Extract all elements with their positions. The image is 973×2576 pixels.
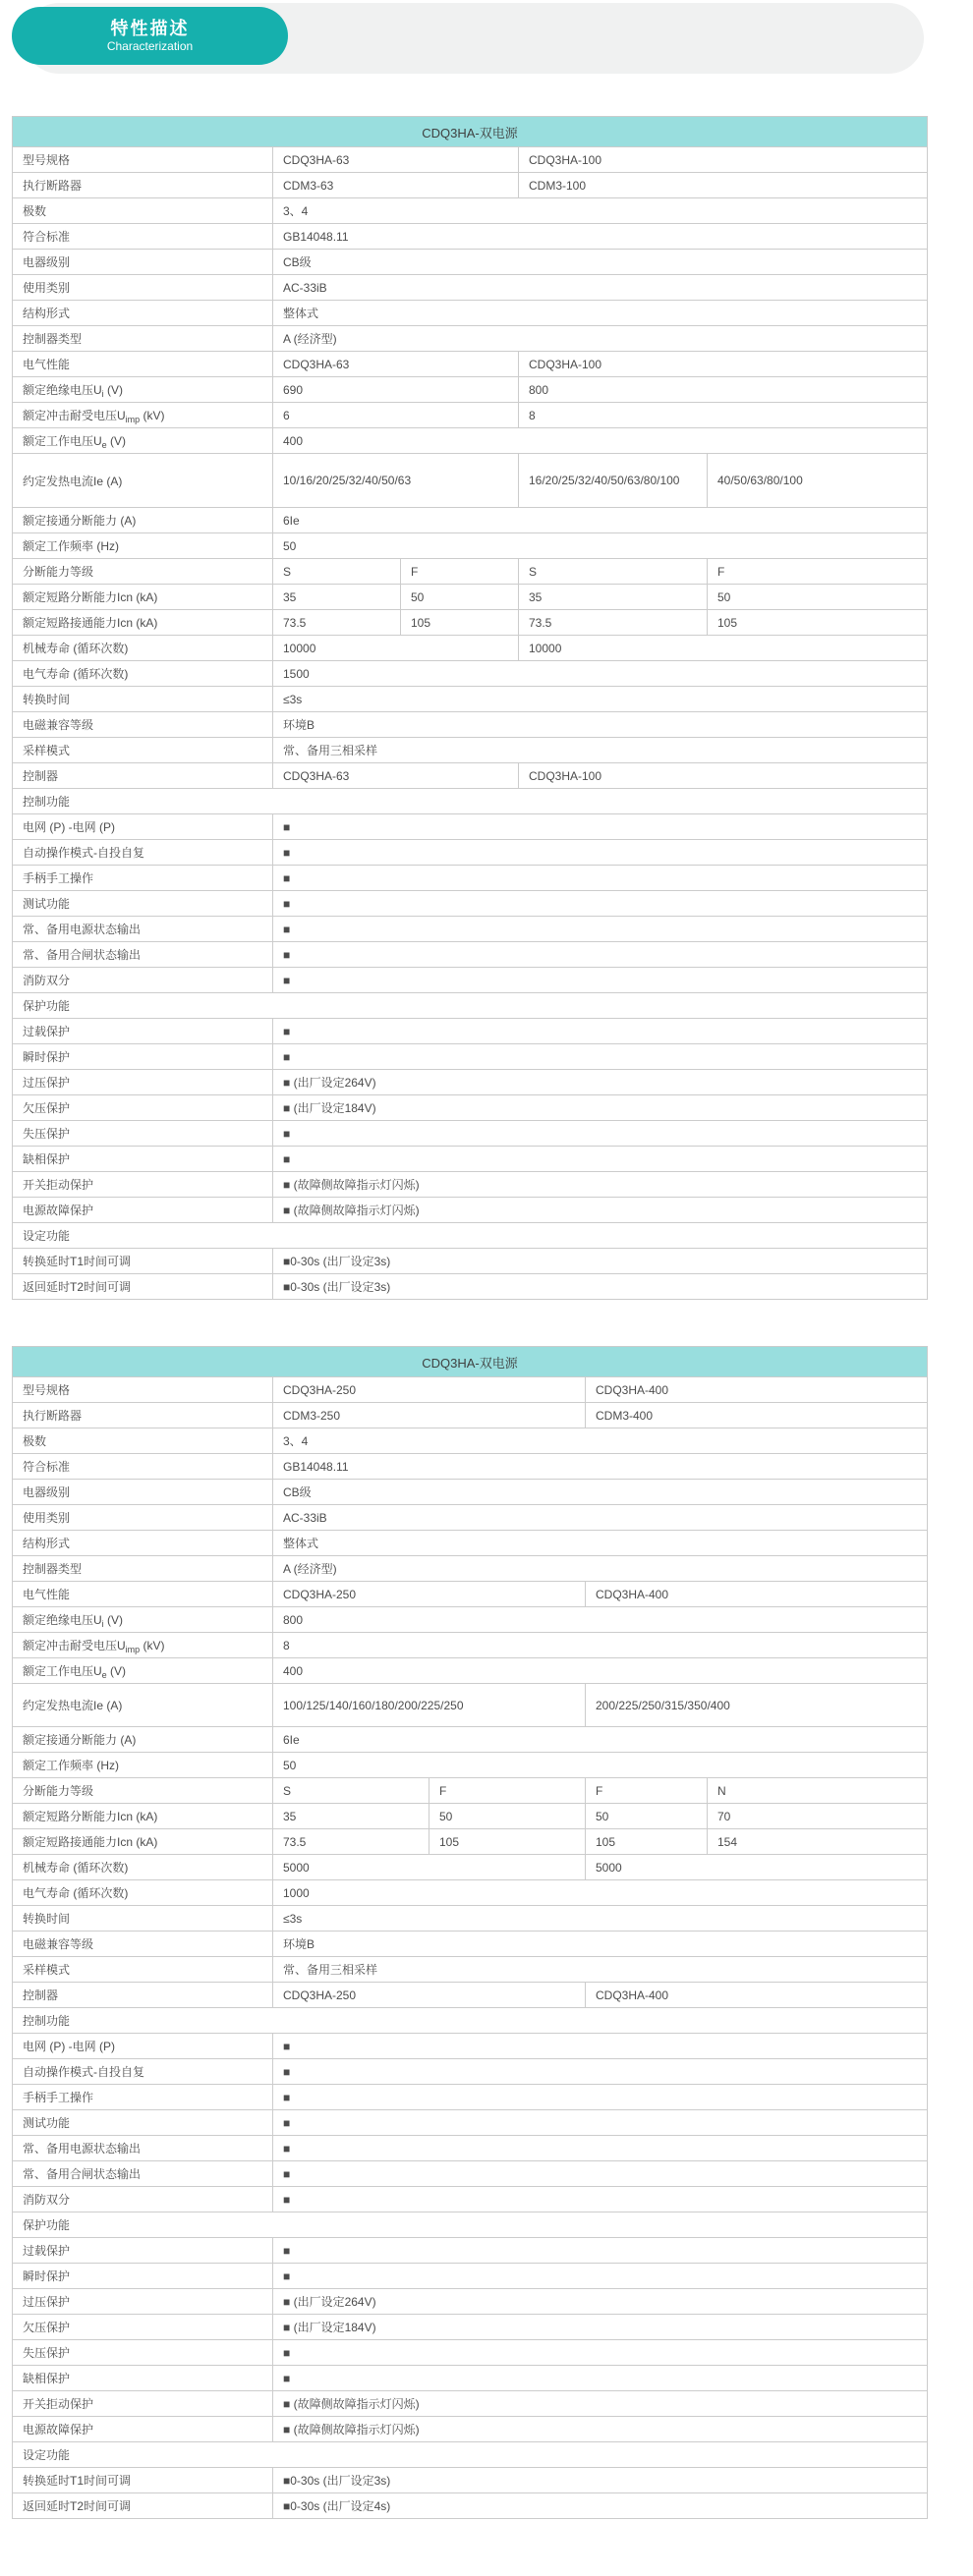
spec-value-cell: CDQ3HA-400 <box>586 1377 928 1403</box>
badge-title-en: Characterization <box>107 39 193 53</box>
table-row: 测试功能■ <box>13 2110 928 2136</box>
spec-value-cell: F <box>401 559 519 585</box>
spec-value-cell: F <box>708 559 928 585</box>
table-row: 缺相保护■ <box>13 1147 928 1172</box>
spec-label-cell: 电器级别 <box>13 250 273 275</box>
spec-value-cell: 50 <box>586 1804 708 1829</box>
badge-title-zh: 特性描述 <box>111 19 190 39</box>
spec-value-cell: 73.5 <box>273 610 401 636</box>
spec-value-cell: 73.5 <box>273 1829 429 1855</box>
table-row: 常、备用电源状态输出■ <box>13 917 928 942</box>
spec-table-1: CDQ3HA-双电源型号规格CDQ3HA-63CDQ3HA-100执行断路器CD… <box>12 116 928 1300</box>
label-text: (kV) <box>140 1639 164 1652</box>
table-row: 瞬时保护■ <box>13 1044 928 1070</box>
table-row: 电磁兼容等级环境B <box>13 1932 928 1957</box>
spec-label-cell: 消防双分 <box>13 968 273 993</box>
spec-label-cell: 测试功能 <box>13 891 273 917</box>
spec-label-cell: 额定工作电压Ue (V) <box>13 428 273 454</box>
spec-label-cell: 手柄手工操作 <box>13 2085 273 2110</box>
spec-label-cell: 常、备用合闸状态输出 <box>13 2161 273 2187</box>
label-text: (V) <box>104 383 123 397</box>
table-row: 欠压保护■ (出厂设定184V) <box>13 2315 928 2340</box>
spec-value-cell: 环境B <box>273 1932 928 1957</box>
characterization-badge: 特性描述 Characterization <box>12 7 288 65</box>
spec-label-cell: 执行断路器 <box>13 173 273 198</box>
spec-value-cell: 35 <box>519 585 708 610</box>
spec-label-cell: 电网 (P) -电网 (P) <box>13 2034 273 2059</box>
table-row: 电气性能CDQ3HA-63CDQ3HA-100 <box>13 352 928 377</box>
spec-label-cell: 返回延时T2时间可调 <box>13 1274 273 1300</box>
table-row: 机械寿命 (循环次数)50005000 <box>13 1855 928 1880</box>
label-subscript: imp <box>126 415 141 424</box>
spec-value-cell: 1500 <box>273 661 928 687</box>
spec-value-cell: ■ <box>273 2366 928 2391</box>
spec-label-cell: 额定绝缘电压Ui (V) <box>13 377 273 403</box>
spec-value-cell: 50 <box>401 585 519 610</box>
spec-value-cell: A (经济型) <box>273 326 928 352</box>
spec-label-cell: 开关拒动保护 <box>13 2391 273 2417</box>
spec-value-cell: 105 <box>401 610 519 636</box>
spec-value-cell: ■ (故障侧故障指示灯闪烁) <box>273 1172 928 1198</box>
spec-value-cell: CDQ3HA-100 <box>519 147 928 173</box>
spec-value-cell: 1000 <box>273 1880 928 1906</box>
spec-label-cell: 返回延时T2时间可调 <box>13 2493 273 2519</box>
spec-value-cell: S <box>519 559 708 585</box>
section-header-cell: 控制功能 <box>13 789 928 814</box>
spec-label-cell: 控制器类型 <box>13 1556 273 1582</box>
table-row: 电源故障保护■ (故障侧故障指示灯闪烁) <box>13 2417 928 2442</box>
spec-label-cell: 额定绝缘电压Ui (V) <box>13 1607 273 1633</box>
label-text: (V) <box>104 1613 123 1627</box>
table-row: 转换延时T1时间可调■0-30s (出厂设定3s) <box>13 2468 928 2493</box>
spec-value-cell: N <box>708 1778 928 1804</box>
spec-value-cell: CDM3-63 <box>273 173 519 198</box>
spec-value-cell: CDQ3HA-100 <box>519 763 928 789</box>
spec-label-cell: 控制器类型 <box>13 326 273 352</box>
spec-value-cell: 40/50/63/80/100 <box>708 454 928 508</box>
spec-label-cell: 欠压保护 <box>13 1095 273 1121</box>
spec-value-cell: ■ <box>273 2110 928 2136</box>
table-row: 常、备用合闸状态输出■ <box>13 2161 928 2187</box>
table-row: 过载保护■ <box>13 1019 928 1044</box>
spec-label-cell: 失压保护 <box>13 1121 273 1147</box>
label-subscript: imp <box>126 1645 141 1654</box>
table-row: 采样模式常、备用三相采样 <box>13 738 928 763</box>
spec-value-cell: ■ (故障侧故障指示灯闪烁) <box>273 2417 928 2442</box>
spec-value-cell: ■ <box>273 840 928 866</box>
table-row: 采样模式常、备用三相采样 <box>13 1957 928 1983</box>
spec-value-cell: S <box>273 559 401 585</box>
spec-tables-container: CDQ3HA-双电源型号规格CDQ3HA-63CDQ3HA-100执行断路器CD… <box>0 116 973 2519</box>
spec-value-cell: ■ <box>273 2085 928 2110</box>
spec-value-cell: 10/16/20/25/32/40/50/63 <box>273 454 519 508</box>
spec-value-cell: 70 <box>708 1804 928 1829</box>
table-header-row: CDQ3HA-双电源 <box>13 1347 928 1377</box>
table-row: 设定功能 <box>13 1223 928 1249</box>
table-row: 符合标准GB14048.11 <box>13 1454 928 1480</box>
spec-value-cell: ■ <box>273 2238 928 2264</box>
table-row: 控制器类型A (经济型) <box>13 1556 928 1582</box>
spec-value-cell: ■ <box>273 1044 928 1070</box>
spec-value-cell: 50 <box>273 1753 928 1778</box>
spec-label-cell: 使用类别 <box>13 275 273 301</box>
spec-label-cell: 过载保护 <box>13 2238 273 2264</box>
table-row: 失压保护■ <box>13 1121 928 1147</box>
spec-value-cell: CDQ3HA-250 <box>273 1983 586 2008</box>
table-row: 常、备用电源状态输出■ <box>13 2136 928 2161</box>
spec-label-cell: 常、备用合闸状态输出 <box>13 942 273 968</box>
table-row: 电源故障保护■ (故障侧故障指示灯闪烁) <box>13 1198 928 1223</box>
spec-label-cell: 约定发热电流Ie (A) <box>13 1684 273 1727</box>
label-text: 额定工作电压U <box>23 434 102 448</box>
table-row: 控制器类型A (经济型) <box>13 326 928 352</box>
table-row: 自动操作模式-自投自复■ <box>13 2059 928 2085</box>
spec-value-cell: 154 <box>708 1829 928 1855</box>
table-row: 转换时间≤3s <box>13 1906 928 1932</box>
table-row: 额定接通分断能力 (A)6Ie <box>13 1727 928 1753</box>
spec-table-2: CDQ3HA-双电源型号规格CDQ3HA-250CDQ3HA-400执行断路器C… <box>12 1346 928 2519</box>
spec-value-cell: 35 <box>273 585 401 610</box>
table-title: CDQ3HA-双电源 <box>13 1347 928 1377</box>
spec-label-cell: 失压保护 <box>13 2340 273 2366</box>
table-row: 欠压保护■ (出厂设定184V) <box>13 1095 928 1121</box>
spec-value-cell: CDM3-100 <box>519 173 928 198</box>
table-row: 常、备用合闸状态输出■ <box>13 942 928 968</box>
spec-label-cell: 极数 <box>13 1428 273 1454</box>
spec-value-cell: 50 <box>708 585 928 610</box>
spec-label-cell: 结构形式 <box>13 301 273 326</box>
spec-label-cell: 电源故障保护 <box>13 1198 273 1223</box>
spec-value-cell: ■ <box>273 814 928 840</box>
spec-label-cell: 自动操作模式-自投自复 <box>13 840 273 866</box>
spec-value-cell: ■ (出厂设定184V) <box>273 1095 928 1121</box>
spec-label-cell: 极数 <box>13 198 273 224</box>
spec-label-cell: 常、备用电源状态输出 <box>13 2136 273 2161</box>
spec-label-cell: 电网 (P) -电网 (P) <box>13 814 273 840</box>
spec-label-cell: 结构形式 <box>13 1531 273 1556</box>
spec-value-cell: 8 <box>519 403 928 428</box>
table-row: 极数3、4 <box>13 198 928 224</box>
spec-value-cell: 6Ie <box>273 508 928 533</box>
table-row: 转换时间≤3s <box>13 687 928 712</box>
spec-value-cell: GB14048.11 <box>273 224 928 250</box>
spec-value-cell: CB级 <box>273 1480 928 1505</box>
table-row: 返回延时T2时间可调■0-30s (出厂设定4s) <box>13 2493 928 2519</box>
label-text: (kV) <box>140 409 164 422</box>
spec-label-cell: 额定工作频率 (Hz) <box>13 533 273 559</box>
spec-label-cell: 控制器 <box>13 763 273 789</box>
table-row: 电网 (P) -电网 (P)■ <box>13 2034 928 2059</box>
spec-value-cell: ■ <box>273 917 928 942</box>
spec-label-cell: 额定短路接通能力Icn (kA) <box>13 610 273 636</box>
spec-label-cell: 瞬时保护 <box>13 1044 273 1070</box>
table-row: 额定工作频率 (Hz)50 <box>13 533 928 559</box>
table-row: 额定工作电压Ue (V)400 <box>13 428 928 454</box>
spec-value-cell: ■ <box>273 2059 928 2085</box>
spec-label-cell: 分断能力等级 <box>13 559 273 585</box>
spec-value-cell: 常、备用三相采样 <box>273 738 928 763</box>
label-text: 额定绝缘电压U <box>23 1613 102 1627</box>
table-row: 手柄手工操作■ <box>13 2085 928 2110</box>
spec-value-cell: ■ <box>273 1019 928 1044</box>
table-row: 失压保护■ <box>13 2340 928 2366</box>
table-row: 额定短路接通能力Icn (kA)73.510573.5105 <box>13 610 928 636</box>
table-row: 额定短路分断能力Icn (kA)35503550 <box>13 585 928 610</box>
table-title: CDQ3HA-双电源 <box>13 117 928 147</box>
label-text: 额定工作电压U <box>23 1664 102 1678</box>
spec-value-cell: CB级 <box>273 250 928 275</box>
spec-label-cell: 采样模式 <box>13 738 273 763</box>
spec-value-cell: 105 <box>586 1829 708 1855</box>
spec-label-cell: 消防双分 <box>13 2187 273 2212</box>
spec-value-cell: 10000 <box>273 636 519 661</box>
table-row: 消防双分■ <box>13 2187 928 2212</box>
spec-value-cell: 105 <box>429 1829 586 1855</box>
label-text: 额定绝缘电压U <box>23 383 102 397</box>
spec-label-cell: 额定接通分断能力 (A) <box>13 1727 273 1753</box>
spec-value-cell: ■0-30s (出厂设定3s) <box>273 1249 928 1274</box>
spec-value-cell: ■0-30s (出厂设定3s) <box>273 1274 928 1300</box>
spec-value-cell: F <box>429 1778 586 1804</box>
table-row: 电磁兼容等级环境B <box>13 712 928 738</box>
table-row: 控制功能 <box>13 789 928 814</box>
spec-value-cell: CDQ3HA-250 <box>273 1582 586 1607</box>
table-row: 测试功能■ <box>13 891 928 917</box>
table-row: 分断能力等级SFSF <box>13 559 928 585</box>
table-row: 保护功能 <box>13 993 928 1019</box>
spec-label-cell: 自动操作模式-自投自复 <box>13 2059 273 2085</box>
table-row: 额定绝缘电压Ui (V)800 <box>13 1607 928 1633</box>
table-row: 电网 (P) -电网 (P)■ <box>13 814 928 840</box>
label-text: (V) <box>107 1664 126 1678</box>
spec-value-cell: 200/225/250/315/350/400 <box>586 1684 928 1727</box>
spec-label-cell: 约定发热电流Ie (A) <box>13 454 273 508</box>
spec-value-cell: CDM3-400 <box>586 1403 928 1428</box>
section-header-cell: 设定功能 <box>13 1223 928 1249</box>
banner-band: 特性描述 Characterization <box>24 3 924 74</box>
spec-value-cell: 3、4 <box>273 198 928 224</box>
spec-value-cell: 50 <box>273 533 928 559</box>
spec-value-cell: 73.5 <box>519 610 708 636</box>
table-row: 型号规格CDQ3HA-63CDQ3HA-100 <box>13 147 928 173</box>
spec-label-cell: 开关拒动保护 <box>13 1172 273 1198</box>
spec-value-cell: ■ <box>273 942 928 968</box>
table-row: 额定工作频率 (Hz)50 <box>13 1753 928 1778</box>
table-row: 保护功能 <box>13 2212 928 2238</box>
table-row: 额定工作电压Ue (V)400 <box>13 1658 928 1684</box>
spec-value-cell: ■ (出厂设定264V) <box>273 2289 928 2315</box>
label-text: (V) <box>107 434 126 448</box>
spec-value-cell: 3、4 <box>273 1428 928 1454</box>
spec-value-cell: ■ <box>273 968 928 993</box>
table-row: 电器级别CB级 <box>13 1480 928 1505</box>
spec-label-cell: 过载保护 <box>13 1019 273 1044</box>
spec-value-cell: 常、备用三相采样 <box>273 1957 928 1983</box>
spec-label-cell: 采样模式 <box>13 1957 273 1983</box>
spec-value-cell: 800 <box>273 1607 928 1633</box>
table-row: 符合标准GB14048.11 <box>13 224 928 250</box>
table-row: 手柄手工操作■ <box>13 866 928 891</box>
spec-label-cell: 过压保护 <box>13 2289 273 2315</box>
spec-label-cell: 执行断路器 <box>13 1403 273 1428</box>
spec-label-cell: 机械寿命 (循环次数) <box>13 1855 273 1880</box>
spec-value-cell: ≤3s <box>273 1906 928 1932</box>
spec-value-cell: 400 <box>273 1658 928 1684</box>
spec-value-cell: CDM3-250 <box>273 1403 586 1428</box>
table-row: 瞬时保护■ <box>13 2264 928 2289</box>
spec-value-cell: ■ <box>273 1121 928 1147</box>
spec-value-cell: 5000 <box>273 1855 586 1880</box>
spec-value-cell: ■ <box>273 866 928 891</box>
table-row: 过载保护■ <box>13 2238 928 2264</box>
table-row: 转换延时T1时间可调■0-30s (出厂设定3s) <box>13 1249 928 1274</box>
spec-value-cell: CDQ3HA-63 <box>273 763 519 789</box>
spec-value-cell: ■ <box>273 1147 928 1172</box>
spec-label-cell: 使用类别 <box>13 1505 273 1531</box>
spec-label-cell: 额定短路接通能力Icn (kA) <box>13 1829 273 1855</box>
table-header-row: CDQ3HA-双电源 <box>13 117 928 147</box>
section-header-cell: 控制功能 <box>13 2008 928 2034</box>
table-row: 型号规格CDQ3HA-250CDQ3HA-400 <box>13 1377 928 1403</box>
spec-value-cell: AC-33iB <box>273 275 928 301</box>
spec-label-cell: 电气性能 <box>13 352 273 377</box>
table-row: 缺相保护■ <box>13 2366 928 2391</box>
table-row: 约定发热电流Ie (A)100/125/140/160/180/200/225/… <box>13 1684 928 1727</box>
spec-value-cell: 整体式 <box>273 301 928 326</box>
spec-value-cell: 16/20/25/32/40/50/63/80/100 <box>519 454 708 508</box>
spec-value-cell: 整体式 <box>273 1531 928 1556</box>
spec-value-cell: 5000 <box>586 1855 928 1880</box>
spec-label-cell: 电源故障保护 <box>13 2417 273 2442</box>
spec-label-cell: 转换延时T1时间可调 <box>13 1249 273 1274</box>
spec-label-cell: 转换时间 <box>13 1906 273 1932</box>
spec-value-cell: ■ (出厂设定184V) <box>273 2315 928 2340</box>
spec-label-cell: 电气性能 <box>13 1582 273 1607</box>
spec-label-cell: 额定冲击耐受电压Uimp (kV) <box>13 403 273 428</box>
table-row: 电器级别CB级 <box>13 250 928 275</box>
spec-label-cell: 额定冲击耐受电压Uimp (kV) <box>13 1633 273 1658</box>
spec-value-cell: ■ <box>273 891 928 917</box>
table-row: 执行断路器CDM3-63CDM3-100 <box>13 173 928 198</box>
spec-value-cell: 6Ie <box>273 1727 928 1753</box>
spec-value-cell: CDQ3HA-63 <box>273 147 519 173</box>
spec-label-cell: 型号规格 <box>13 147 273 173</box>
spec-value-cell: 环境B <box>273 712 928 738</box>
spec-value-cell: AC-33iB <box>273 1505 928 1531</box>
table-row: 使用类别AC-33iB <box>13 1505 928 1531</box>
spec-label-cell: 转换延时T1时间可调 <box>13 2468 273 2493</box>
spec-label-cell: 符合标准 <box>13 1454 273 1480</box>
spec-label-cell: 手柄手工操作 <box>13 866 273 891</box>
spec-label-cell: 瞬时保护 <box>13 2264 273 2289</box>
spec-label-cell: 电磁兼容等级 <box>13 712 273 738</box>
spec-value-cell: CDQ3HA-400 <box>586 1983 928 2008</box>
table-row: 额定接通分断能力 (A)6Ie <box>13 508 928 533</box>
table-row: 结构形式整体式 <box>13 301 928 326</box>
spec-value-cell: 100/125/140/160/180/200/225/250 <box>273 1684 586 1727</box>
spec-value-cell: ■ <box>273 2161 928 2187</box>
spec-label-cell: 电气寿命 (循环次数) <box>13 1880 273 1906</box>
table-row: 电气寿命 (循环次数)1000 <box>13 1880 928 1906</box>
table-row: 过压保护■ (出厂设定264V) <box>13 2289 928 2315</box>
spec-label-cell: 电磁兼容等级 <box>13 1932 273 1957</box>
table-row: 执行断路器CDM3-250CDM3-400 <box>13 1403 928 1428</box>
spec-label-cell: 电器级别 <box>13 1480 273 1505</box>
spec-value-cell: ■ <box>273 2187 928 2212</box>
table-row: 自动操作模式-自投自复■ <box>13 840 928 866</box>
spec-value-cell: A (经济型) <box>273 1556 928 1582</box>
spec-value-cell: CDQ3HA-100 <box>519 352 928 377</box>
table-row: 机械寿命 (循环次数)1000010000 <box>13 636 928 661</box>
spec-label-cell: 型号规格 <box>13 1377 273 1403</box>
spec-label-cell: 测试功能 <box>13 2110 273 2136</box>
spec-value-cell: ■0-30s (出厂设定4s) <box>273 2493 928 2519</box>
spec-value-cell: 8 <box>273 1633 928 1658</box>
table-row: 返回延时T2时间可调■0-30s (出厂设定3s) <box>13 1274 928 1300</box>
label-text: 额定冲击耐受电压U <box>23 1639 126 1652</box>
spec-value-cell: CDQ3HA-250 <box>273 1377 586 1403</box>
spec-value-cell: ■ (出厂设定264V) <box>273 1070 928 1095</box>
spec-value-cell: GB14048.11 <box>273 1454 928 1480</box>
spec-value-cell: CDQ3HA-400 <box>586 1582 928 1607</box>
spec-value-cell: F <box>586 1778 708 1804</box>
spec-value-cell: ■ <box>273 2264 928 2289</box>
spec-value-cell: 35 <box>273 1804 429 1829</box>
spec-label-cell: 额定工作电压Ue (V) <box>13 1658 273 1684</box>
spec-label-cell: 分断能力等级 <box>13 1778 273 1804</box>
spec-value-cell: ■ <box>273 2136 928 2161</box>
label-text: 额定冲击耐受电压U <box>23 409 126 422</box>
spec-label-cell: 额定短路分断能力Icn (kA) <box>13 585 273 610</box>
spec-value-cell: ■ <box>273 2034 928 2059</box>
spec-label-cell: 过压保护 <box>13 1070 273 1095</box>
spec-value-cell: 6 <box>273 403 519 428</box>
table-row: 设定功能 <box>13 2442 928 2468</box>
spec-label-cell: 符合标准 <box>13 224 273 250</box>
table-row: 结构形式整体式 <box>13 1531 928 1556</box>
spec-value-cell: ■0-30s (出厂设定3s) <box>273 2468 928 2493</box>
table-row: 极数3、4 <box>13 1428 928 1454</box>
spec-label-cell: 转换时间 <box>13 687 273 712</box>
spec-value-cell: 690 <box>273 377 519 403</box>
table-row: 控制功能 <box>13 2008 928 2034</box>
spec-label-cell: 欠压保护 <box>13 2315 273 2340</box>
spec-label-cell: 额定接通分断能力 (A) <box>13 508 273 533</box>
section-header-cell: 设定功能 <box>13 2442 928 2468</box>
section-header-cell: 保护功能 <box>13 993 928 1019</box>
spec-label-cell: 额定工作频率 (Hz) <box>13 1753 273 1778</box>
table-row: 开关拒动保护■ (故障侧故障指示灯闪烁) <box>13 1172 928 1198</box>
table-row: 电气性能CDQ3HA-250CDQ3HA-400 <box>13 1582 928 1607</box>
spec-label-cell: 额定短路分断能力Icn (kA) <box>13 1804 273 1829</box>
table-row: 电气寿命 (循环次数)1500 <box>13 661 928 687</box>
spec-value-cell: 50 <box>429 1804 586 1829</box>
spec-value-cell: 800 <box>519 377 928 403</box>
spec-label-cell: 电气寿命 (循环次数) <box>13 661 273 687</box>
spec-label-cell: 控制器 <box>13 1983 273 2008</box>
spec-value-cell: 400 <box>273 428 928 454</box>
table-row: 控制器CDQ3HA-63CDQ3HA-100 <box>13 763 928 789</box>
spec-value-cell: 10000 <box>519 636 928 661</box>
spec-value-cell: ■ (故障侧故障指示灯闪烁) <box>273 1198 928 1223</box>
spec-label-cell: 常、备用电源状态输出 <box>13 917 273 942</box>
table-row: 过压保护■ (出厂设定264V) <box>13 1070 928 1095</box>
table-row: 控制器CDQ3HA-250CDQ3HA-400 <box>13 1983 928 2008</box>
spec-value-cell: CDQ3HA-63 <box>273 352 519 377</box>
spec-value-cell: 105 <box>708 610 928 636</box>
table-row: 额定短路接通能力Icn (kA)73.5105105154 <box>13 1829 928 1855</box>
spec-label-cell: 缺相保护 <box>13 2366 273 2391</box>
